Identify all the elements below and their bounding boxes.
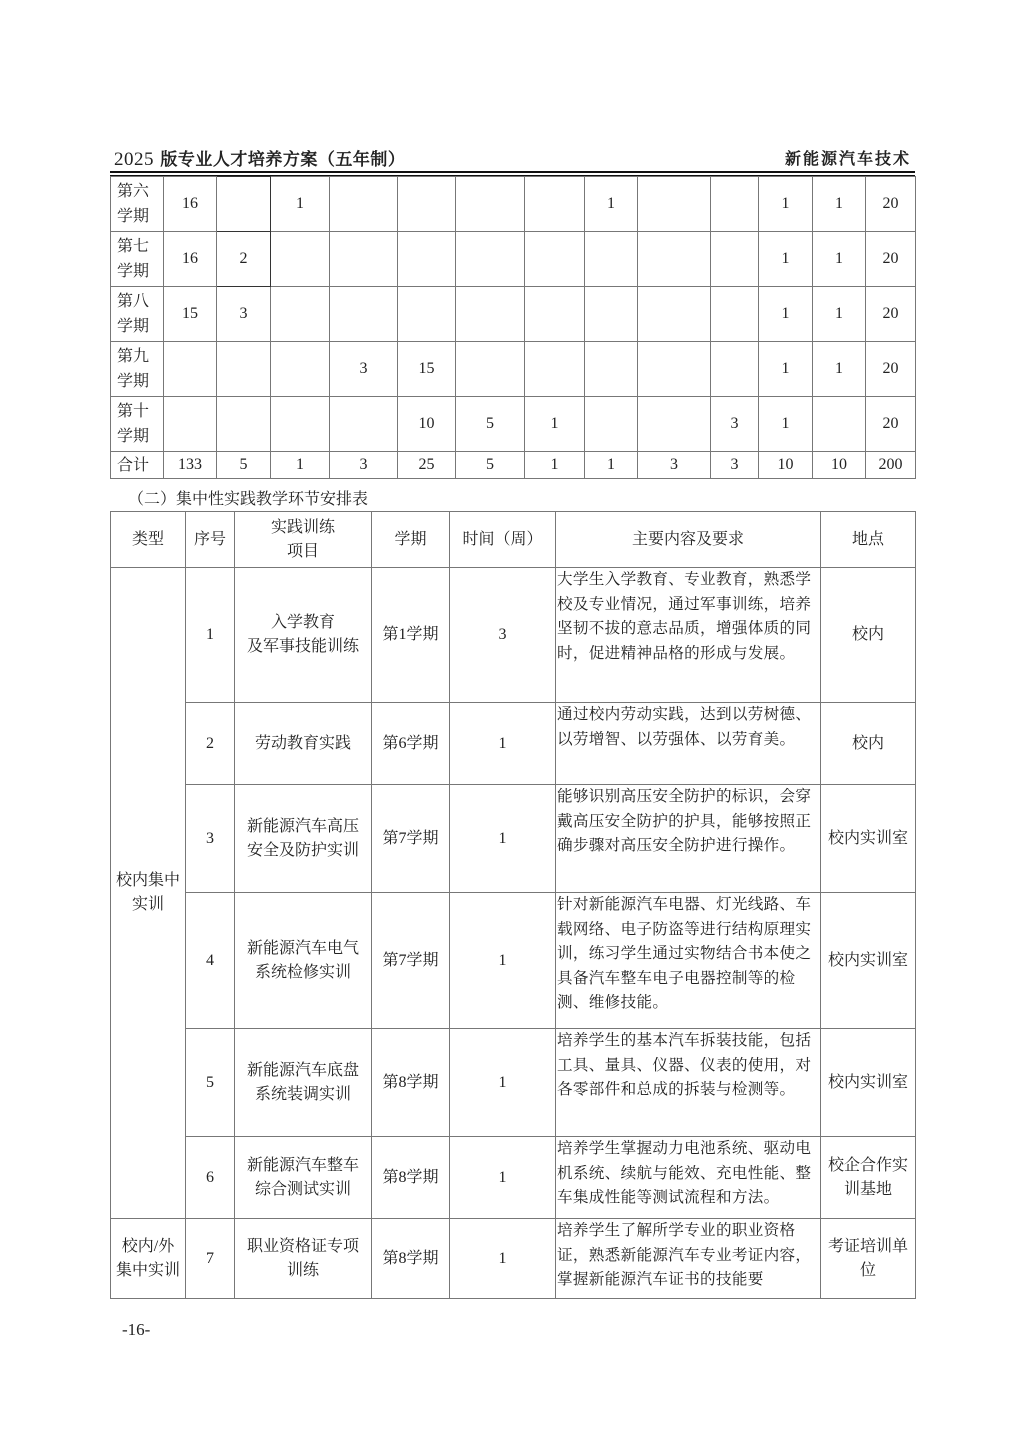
table-cell bbox=[217, 177, 271, 232]
document-title: 2025 版专业人才培养方案（五年制） bbox=[114, 145, 405, 171]
project-cell: 职业资格证专项 训练 bbox=[235, 1219, 372, 1299]
total-cell: 1 bbox=[585, 452, 638, 479]
semester-cell: 第8学期 bbox=[372, 1137, 450, 1219]
table-cell: 1 bbox=[271, 177, 330, 232]
table-cell bbox=[525, 177, 585, 232]
table-cell bbox=[271, 287, 330, 342]
semester-schedule-table: 第六 学期16111120第七 学期1621120第八 学期1531120第九 … bbox=[110, 176, 916, 479]
content-cell: 针对新能源汽车电器、灯光线路、车载网络、电子防盗等进行结构原理实训，练习学生通过… bbox=[556, 893, 821, 1029]
document-year: 2025 bbox=[114, 149, 154, 170]
location-cell: 校内 bbox=[821, 568, 916, 703]
index-cell: 6 bbox=[186, 1137, 235, 1219]
index-cell: 7 bbox=[186, 1219, 235, 1299]
semester-label: 第八 学期 bbox=[111, 287, 164, 342]
table-cell: 1 bbox=[759, 287, 813, 342]
table-cell bbox=[456, 232, 525, 287]
header-semester: 学期 bbox=[372, 512, 450, 568]
table-cell: 20 bbox=[866, 342, 916, 397]
index-cell: 5 bbox=[186, 1029, 235, 1137]
table-cell bbox=[638, 342, 711, 397]
table-cell: 20 bbox=[866, 232, 916, 287]
semester-label: 第九 学期 bbox=[111, 342, 164, 397]
project-cell: 新能源汽车电气 系统检修实训 bbox=[235, 893, 372, 1029]
semester-label: 第十 学期 bbox=[111, 397, 164, 452]
table-cell bbox=[330, 287, 398, 342]
section-title: （二）集中性实践教学环节安排表 bbox=[128, 486, 368, 509]
table-cell bbox=[330, 397, 398, 452]
table-cell bbox=[638, 232, 711, 287]
table-cell: 1 bbox=[813, 177, 866, 232]
table-cell bbox=[711, 287, 759, 342]
table-cell bbox=[217, 342, 271, 397]
semester-cell: 第8学期 bbox=[372, 1029, 450, 1137]
semester-cell: 第1学期 bbox=[372, 568, 450, 703]
table-row: 校内集中 实训1入学教育 及军事技能训练第1学期3大学生入学教育、专业教育，熟悉… bbox=[111, 568, 916, 703]
table-cell: 1 bbox=[759, 177, 813, 232]
table-cell: 1 bbox=[525, 397, 585, 452]
table-cell bbox=[164, 342, 217, 397]
table-cell: 1 bbox=[585, 177, 638, 232]
table-cell: 3 bbox=[711, 397, 759, 452]
table-cell bbox=[271, 232, 330, 287]
total-cell: 1 bbox=[525, 452, 585, 479]
content-cell: 培养学生掌握动力电池系统、驱动电机系统、续航与能效、充电性能、整车集成性能等测试… bbox=[556, 1137, 821, 1219]
weeks-cell: 1 bbox=[450, 785, 556, 893]
table-row: 3新能源汽车高压 安全及防护实训第7学期1能够识别高压安全防护的标识，会穿戴高压… bbox=[111, 785, 916, 893]
table-cell bbox=[398, 177, 456, 232]
weeks-cell: 1 bbox=[450, 893, 556, 1029]
project-cell: 新能源汽车整车 综合测试实训 bbox=[235, 1137, 372, 1219]
total-cell: 1 bbox=[271, 452, 330, 479]
table-row: 第六 学期16111120 bbox=[111, 177, 916, 232]
table-cell bbox=[638, 397, 711, 452]
document-title-text: 版专业人才培养方案（五年制） bbox=[160, 150, 405, 170]
index-cell: 1 bbox=[186, 568, 235, 703]
table-cell: 20 bbox=[866, 177, 916, 232]
table-cell: 10 bbox=[398, 397, 456, 452]
semester-label: 第六 学期 bbox=[111, 177, 164, 232]
semester-label: 第七 学期 bbox=[111, 232, 164, 287]
table-row: 校内/外 集中实训7职业资格证专项 训练第8学期1培养学生了解所学专业的职业资格… bbox=[111, 1219, 916, 1299]
content-cell: 大学生入学教育、专业教育，熟悉学校及专业情况，通过军事训练，培养坚韧不拔的意志品… bbox=[556, 568, 821, 703]
table-cell bbox=[271, 342, 330, 397]
table-row: 第十 学期10513120 bbox=[111, 397, 916, 452]
page-header: 2025 版专业人才培养方案（五年制） 新能源汽车技术 bbox=[110, 143, 915, 169]
header-weeks: 时间（周） bbox=[450, 512, 556, 568]
semester-cell: 第6学期 bbox=[372, 703, 450, 785]
table-row: 4新能源汽车电气 系统检修实训第7学期1针对新能源汽车电器、灯光线路、车载网络、… bbox=[111, 893, 916, 1029]
total-cell: 200 bbox=[866, 452, 916, 479]
table-header-row: 类型 序号 实践训练 项目 学期 时间（周） 主要内容及要求 地点 bbox=[111, 512, 916, 568]
total-row: 合计13351325511331010200 bbox=[111, 452, 916, 479]
location-cell: 校内实训室 bbox=[821, 1029, 916, 1137]
table-cell bbox=[164, 397, 217, 452]
table-row: 6新能源汽车整车 综合测试实训第8学期1培养学生掌握动力电池系统、驱动电机系统、… bbox=[111, 1137, 916, 1219]
table-cell bbox=[456, 342, 525, 397]
table-cell: 20 bbox=[866, 287, 916, 342]
table-cell bbox=[638, 287, 711, 342]
table-cell bbox=[525, 287, 585, 342]
header-location: 地点 bbox=[821, 512, 916, 568]
content-cell: 能够识别高压安全防护的标识，会穿戴高压安全防护的护具，能够按照正确步骤对高压安全… bbox=[556, 785, 821, 893]
table-cell bbox=[525, 232, 585, 287]
table-cell bbox=[711, 232, 759, 287]
content-cell: 通过校内劳动实践，达到以劳树德、以劳增智、以劳强体、以劳育美。 bbox=[556, 703, 821, 785]
header-project: 实践训练 项目 bbox=[235, 512, 372, 568]
table-cell bbox=[585, 342, 638, 397]
table-cell bbox=[585, 232, 638, 287]
location-cell: 校企合作实 训基地 bbox=[821, 1137, 916, 1219]
table-cell: 16 bbox=[164, 177, 217, 232]
table-cell bbox=[271, 397, 330, 452]
total-cell: 5 bbox=[456, 452, 525, 479]
content-cell: 培养学生了解所学专业的职业资格证，熟悉新能源汽车专业考证内容，掌握新能源汽车证书… bbox=[556, 1219, 821, 1299]
table-cell bbox=[711, 342, 759, 397]
total-cell: 3 bbox=[711, 452, 759, 479]
table-cell bbox=[711, 177, 759, 232]
project-cell: 劳动教育实践 bbox=[235, 703, 372, 785]
weeks-cell: 1 bbox=[450, 1219, 556, 1299]
total-cell: 3 bbox=[638, 452, 711, 479]
header-index: 序号 bbox=[186, 512, 235, 568]
content-cell: 培养学生的基本汽车拆装技能，包括工具、量具、仪器、仪表的使用，对各零部件和总成的… bbox=[556, 1029, 821, 1137]
weeks-cell: 1 bbox=[450, 1029, 556, 1137]
table-cell: 15 bbox=[164, 287, 217, 342]
table-cell: 5 bbox=[456, 397, 525, 452]
project-cell: 新能源汽车高压 安全及防护实训 bbox=[235, 785, 372, 893]
table-cell bbox=[456, 177, 525, 232]
location-cell: 考证培训单 位 bbox=[821, 1219, 916, 1299]
table-cell: 3 bbox=[330, 342, 398, 397]
table-cell: 2 bbox=[217, 232, 271, 287]
table-cell: 20 bbox=[866, 397, 916, 452]
table-cell bbox=[398, 287, 456, 342]
type-group-cell: 校内集中 实训 bbox=[111, 568, 186, 1219]
index-cell: 3 bbox=[186, 785, 235, 893]
weeks-cell: 1 bbox=[450, 703, 556, 785]
table-row: 5新能源汽车底盘 系统装调实训第8学期1培养学生的基本汽车拆装技能，包括工具、量… bbox=[111, 1029, 916, 1137]
semester-cell: 第7学期 bbox=[372, 893, 450, 1029]
practice-arrangement-table: 类型 序号 实践训练 项目 学期 时间（周） 主要内容及要求 地点 校内集中 实… bbox=[110, 511, 916, 1299]
project-cell: 新能源汽车底盘 系统装调实训 bbox=[235, 1029, 372, 1137]
table-cell bbox=[330, 232, 398, 287]
project-cell: 入学教育 及军事技能训练 bbox=[235, 568, 372, 703]
table-cell bbox=[525, 342, 585, 397]
table-cell bbox=[456, 287, 525, 342]
table-cell bbox=[330, 177, 398, 232]
major-name: 新能源汽车技术 bbox=[785, 146, 911, 169]
table-cell: 1 bbox=[759, 232, 813, 287]
table-cell bbox=[217, 397, 271, 452]
table-cell: 3 bbox=[217, 287, 271, 342]
total-cell: 10 bbox=[759, 452, 813, 479]
table-cell bbox=[398, 232, 456, 287]
location-cell: 校内 bbox=[821, 703, 916, 785]
weeks-cell: 3 bbox=[450, 568, 556, 703]
table-row: 2劳动教育实践第6学期1通过校内劳动实践，达到以劳树德、以劳增智、以劳强体、以劳… bbox=[111, 703, 916, 785]
total-cell: 10 bbox=[813, 452, 866, 479]
table-row: 第九 学期3151120 bbox=[111, 342, 916, 397]
table-cell: 1 bbox=[759, 397, 813, 452]
weeks-cell: 1 bbox=[450, 1137, 556, 1219]
table-cell bbox=[638, 177, 711, 232]
table-cell: 1 bbox=[759, 342, 813, 397]
table-cell bbox=[585, 287, 638, 342]
total-cell: 3 bbox=[330, 452, 398, 479]
total-cell: 133 bbox=[164, 452, 217, 479]
location-cell: 校内实训室 bbox=[821, 785, 916, 893]
table-cell: 1 bbox=[813, 342, 866, 397]
table-row: 第七 学期1621120 bbox=[111, 232, 916, 287]
table-cell bbox=[585, 397, 638, 452]
table-cell: 15 bbox=[398, 342, 456, 397]
total-cell: 25 bbox=[398, 452, 456, 479]
page-number: -16- bbox=[122, 1320, 150, 1340]
table-cell: 16 bbox=[164, 232, 217, 287]
location-cell: 校内实训室 bbox=[821, 893, 916, 1029]
total-cell: 5 bbox=[217, 452, 271, 479]
header-content: 主要内容及要求 bbox=[556, 512, 821, 568]
total-label: 合计 bbox=[111, 452, 164, 479]
table-cell: 1 bbox=[813, 287, 866, 342]
table-row: 第八 学期1531120 bbox=[111, 287, 916, 342]
semester-cell: 第7学期 bbox=[372, 785, 450, 893]
type-group-cell: 校内/外 集中实训 bbox=[111, 1219, 186, 1299]
header-type: 类型 bbox=[111, 512, 186, 568]
index-cell: 4 bbox=[186, 893, 235, 1029]
table-cell bbox=[813, 397, 866, 452]
table-cell: 1 bbox=[813, 232, 866, 287]
index-cell: 2 bbox=[186, 703, 235, 785]
semester-cell: 第8学期 bbox=[372, 1219, 450, 1299]
